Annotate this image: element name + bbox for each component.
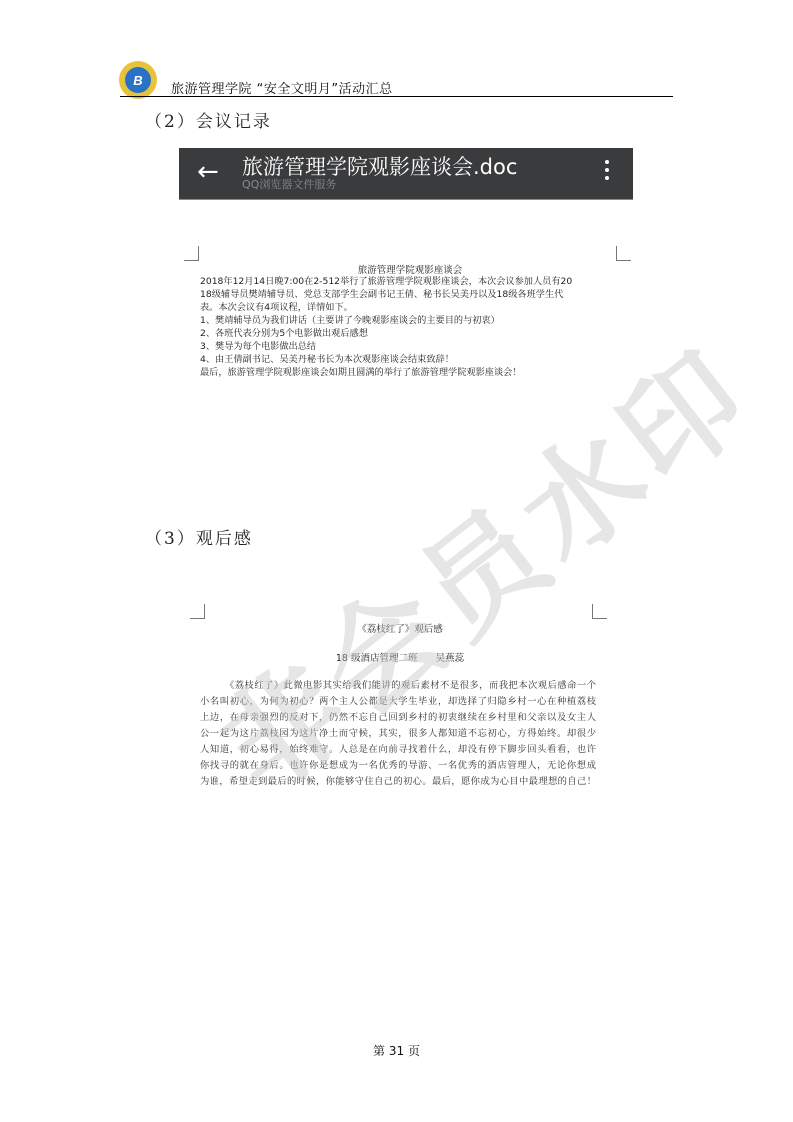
- essay-line: 上边，在母亲强烈的反对下，仍然不忘自己回到乡村的初衷继续在乡村里和父亲以及女主人: [200, 709, 596, 723]
- essay-line: 《荔枝红了》此微电影其实给我们能讲的观后素材不是很多，而我把本次观后感命一个: [225, 677, 596, 691]
- page-number: 第 31 页: [0, 1042, 793, 1059]
- college-logo-icon: B: [119, 61, 157, 99]
- meeting-doc-line: 表。本次会议有4项议程，详情如下。: [200, 302, 353, 314]
- essay-line: 人知道，初心易得，始终难守。人总是在向前寻找着什么，却没有停下脚步回头看看，也许: [200, 741, 596, 755]
- meeting-doc-line: 2018年12月14日晚7:00在2-512举行了旅游管理学院观影座谈会，本次会…: [200, 276, 572, 288]
- essay-line: 小名叫初心，为何为初心？两个主人公都是大学生毕业，却选择了归隐乡村一心在种植荔枝: [200, 693, 596, 707]
- section-heading-meeting-record: （2）会议记录: [145, 107, 272, 132]
- doc-corner-mark-top-left: [190, 604, 205, 619]
- essay-line: 你找寻的就在身后。也许你是想成为一名优秀的导游、一名优秀的酒店管理人，无论你想成: [200, 757, 596, 771]
- meeting-doc-line: 最后，旅游管理学院观影座谈会如期且圆满的举行了旅游管理学院观影座谈会！: [200, 367, 522, 379]
- doc-corner-mark-top-right: [616, 246, 631, 261]
- essay-title: 《荔枝红了》观后感: [200, 621, 600, 635]
- meeting-doc-line: 1、樊靖辅导员为我们讲话（主要讲了今晚观影座谈会的主要目的与初衷）: [200, 315, 500, 327]
- arrow-left-icon: ←: [197, 158, 219, 186]
- logo-letter: B: [125, 67, 151, 93]
- vertical-dots-icon: [605, 160, 609, 184]
- meeting-doc-line: 3、樊导为每个电影做出总结: [200, 341, 316, 353]
- meeting-doc-line: 4、由王倩副书记、吴美丹秘书长为本次观影座谈会结束致辞！: [200, 354, 454, 366]
- essay-byline: 18 级酒店管理二班 吴燕蕊: [200, 650, 600, 664]
- file-viewer-app-bar: ← 旅游管理学院观影座谈会.doc QQ浏览器文件服务: [179, 148, 633, 200]
- doc-corner-mark-top-right: [592, 604, 607, 619]
- meeting-doc-title: 旅游管理学院观影座谈会: [200, 262, 620, 276]
- meeting-doc-line: 18级辅导员樊靖辅导员、党总支部学生会副书记王倩、秘书长吴美丹以及18级各班学生…: [200, 289, 563, 301]
- document-page: B 旅游管理学院 “安全文明月”活动汇总 （2）会议记录 ← 旅游管理学院观影座…: [0, 0, 793, 1122]
- header-divider: [120, 96, 673, 97]
- doc-corner-mark-top-left: [184, 246, 199, 261]
- section-heading-reflection: （3）观后感: [145, 524, 253, 549]
- essay-line: 为谁，希望走到最后的时候，你能够守住自己的初心。最后，愿你成为心目中最理想的自己…: [200, 773, 596, 787]
- essay-line: 公一起为这片荔枝园为这片净土而守候，其实，很多人都知道不忘初心，方得始终。却很少: [200, 725, 596, 739]
- header-title: 旅游管理学院 “安全文明月”活动汇总: [171, 78, 393, 97]
- meeting-doc-line: 2、各班代表分别为5个电影做出观后感想: [200, 328, 368, 340]
- file-service-subtitle: QQ浏览器文件服务: [242, 176, 336, 192]
